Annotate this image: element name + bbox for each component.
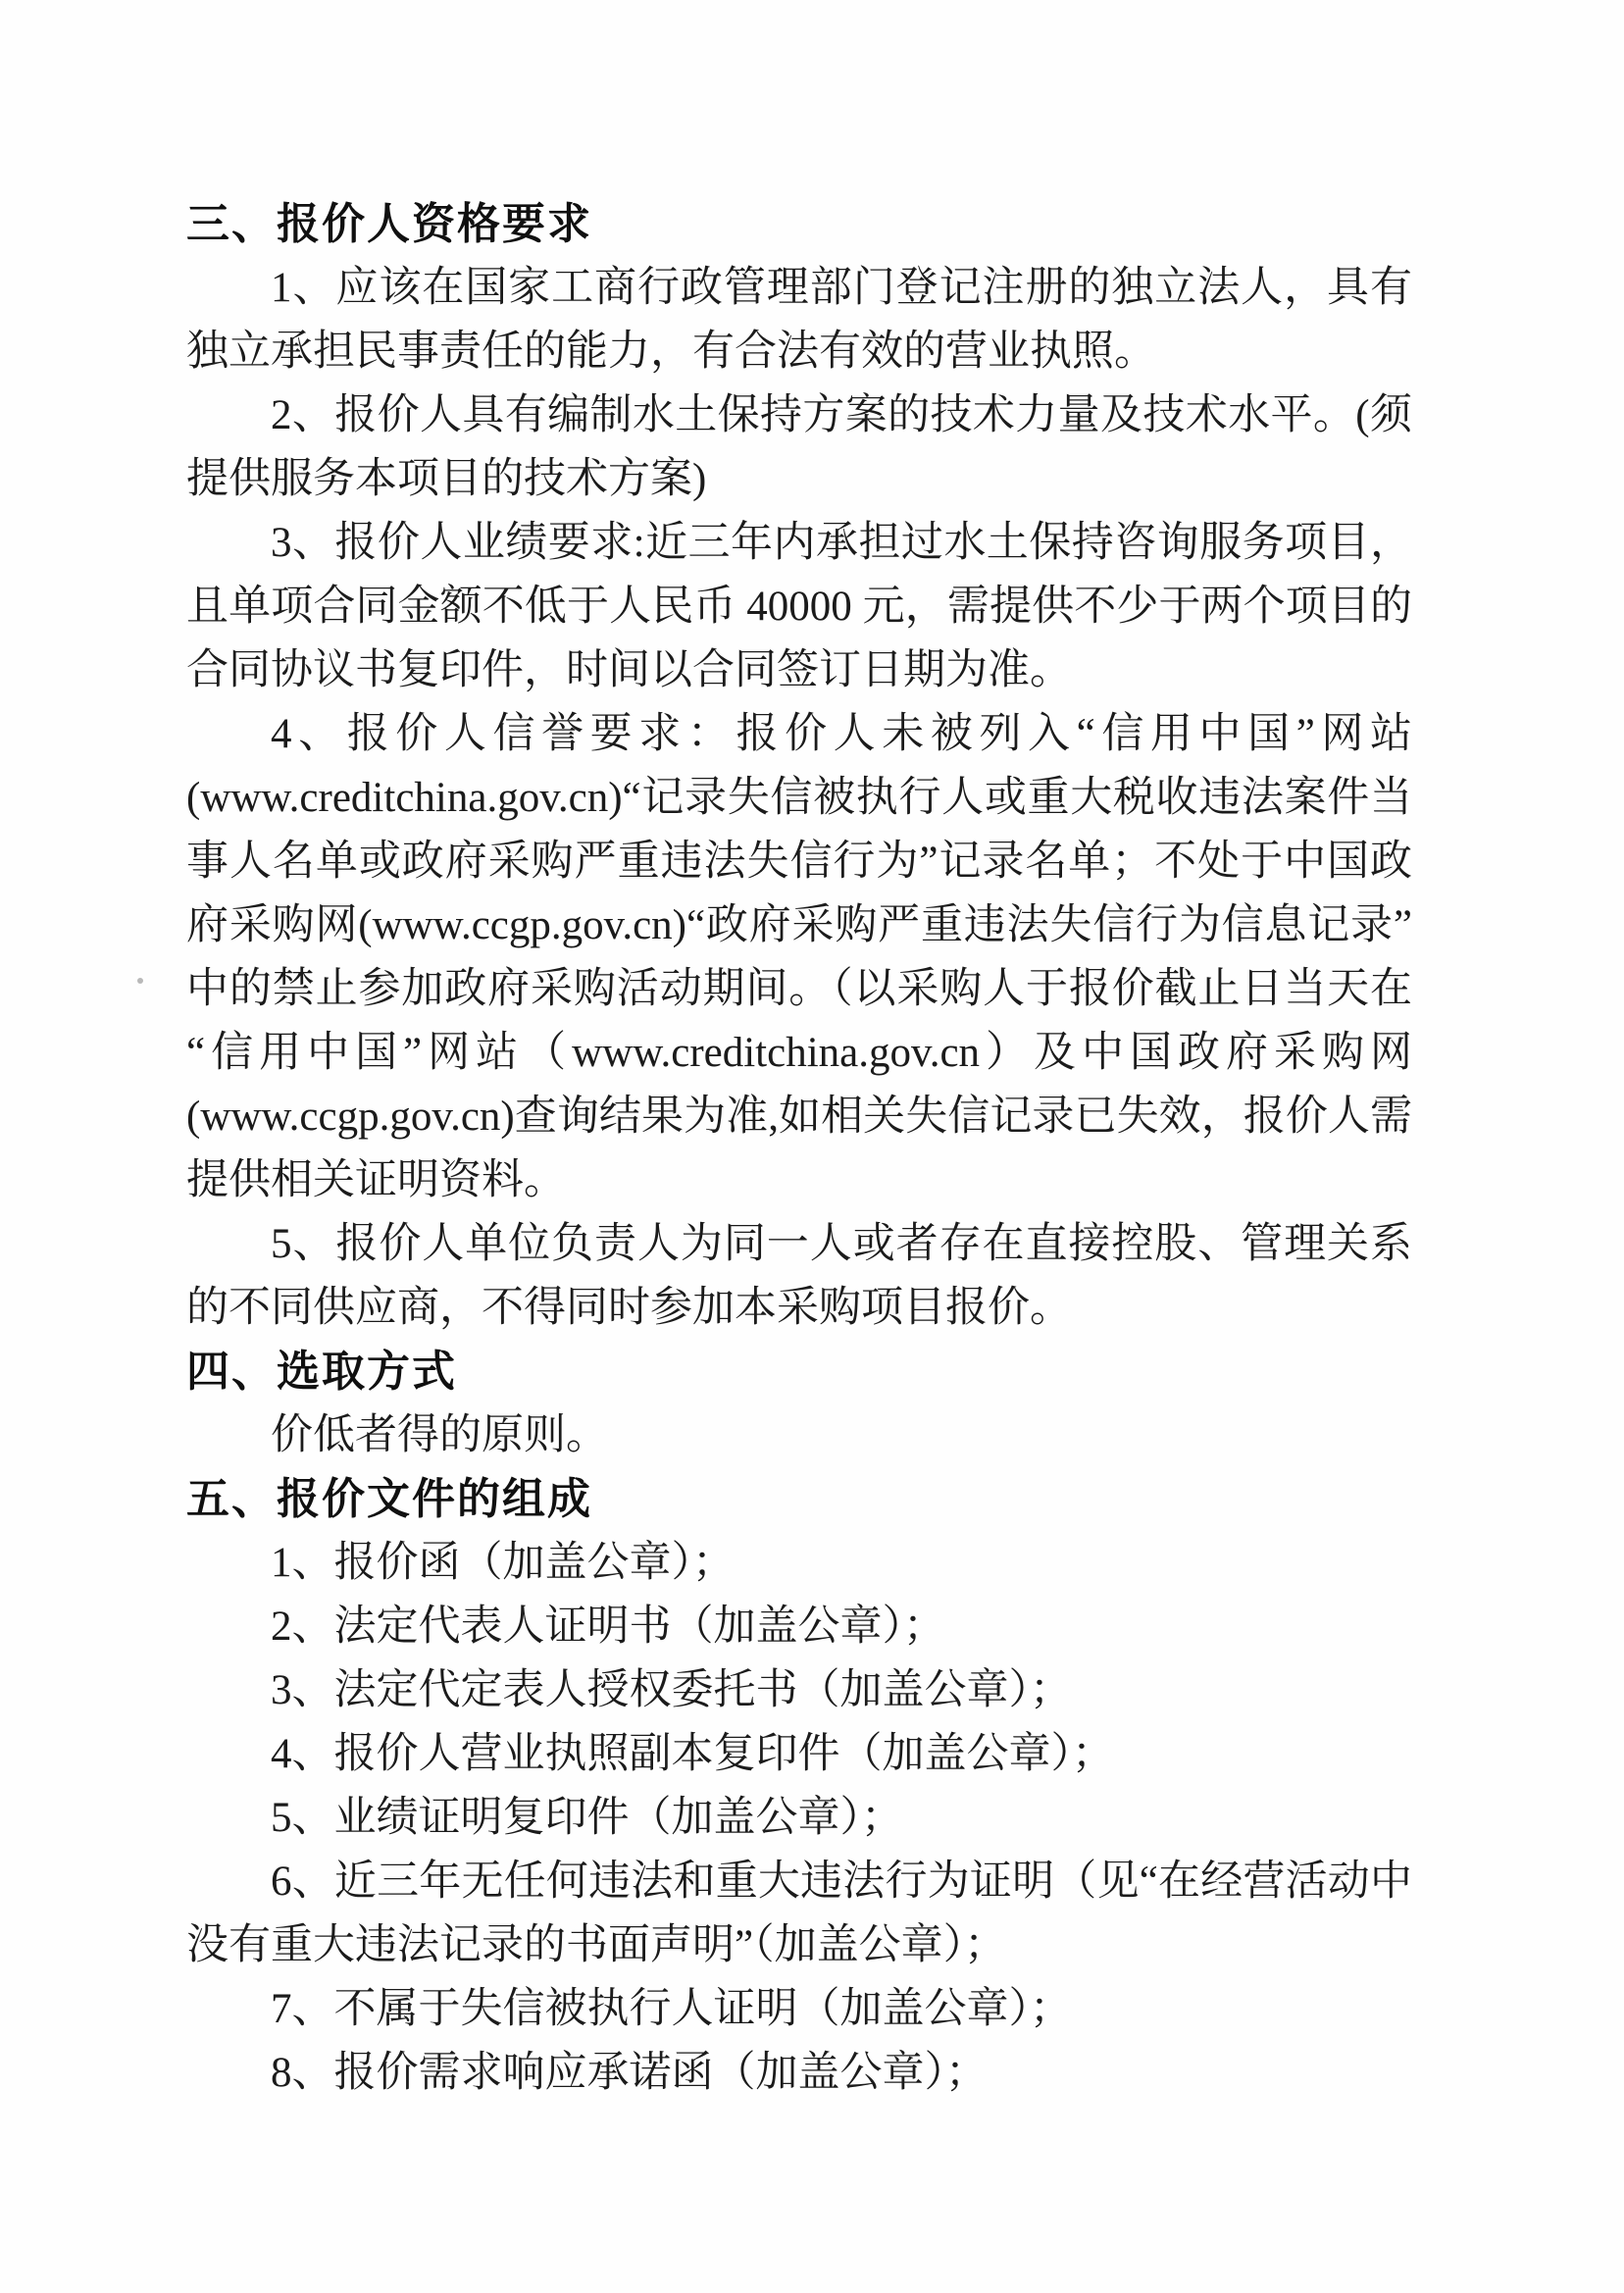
section-heading: 四、选取方式 [186,1340,1412,1403]
section-heading: 五、报价文件的组成 [186,1467,1412,1531]
paragraph: 价低者得的原则。 [186,1403,1412,1467]
paragraph: 4、报价人信誉要求：报价人未被列入“信用中国”网站(www.creditchin… [186,702,1412,1212]
paragraph: 3、法定代定表人授权委托书（加盖公章）； [186,1658,1412,1722]
document-content: 三、报价人资格要求1、应该在国家工商行政管理部门登记注册的独立法人，具有独立承担… [186,192,1412,2105]
paragraph: 3、报价人业绩要求:近三年内承担过水土保持咨询服务项目，且单项合同金额不低于人民… [186,511,1412,702]
paragraph: 4、报价人营业执照副本复印件（加盖公章）； [186,1722,1412,1786]
scan-speckle-artifact [137,978,143,984]
document-section: 三、报价人资格要求1、应该在国家工商行政管理部门登记注册的独立法人，具有独立承担… [186,192,1412,1340]
paragraph: 6、近三年无任何违法和重大违法行为证明（见“在经营活动中没有重大违法记录的书面声… [186,1850,1412,1977]
paragraph: 8、报价需求响应承诺函（加盖公章）； [186,2041,1412,2105]
paragraph: 7、不属于失信被执行人证明（加盖公章）； [186,1977,1412,2041]
paragraph: 5、业绩证明复印件（加盖公章）； [186,1786,1412,1850]
paragraph: 2、法定代表人证明书（加盖公章）； [186,1595,1412,1658]
document-section: 五、报价文件的组成1、报价函（加盖公章）；2、法定代表人证明书（加盖公章）；3、… [186,1467,1412,2105]
document-page: 三、报价人资格要求1、应该在国家工商行政管理部门登记注册的独立法人，具有独立承担… [0,0,1624,2293]
section-heading: 三、报价人资格要求 [186,192,1412,256]
paragraph: 5、报价人单位负责人为同一人或者存在直接控股、管理关系的不同供应商，不得同时参加… [186,1212,1412,1340]
paragraph: 1、报价函（加盖公章）； [186,1531,1412,1595]
paragraph: 1、应该在国家工商行政管理部门登记注册的独立法人，具有独立承担民事责任的能力，有… [186,256,1412,383]
paragraph: 2、报价人具有编制水土保持方案的技术力量及技术水平。(须提供服务本项目的技术方案… [186,383,1412,511]
document-section: 四、选取方式价低者得的原则。 [186,1340,1412,1467]
